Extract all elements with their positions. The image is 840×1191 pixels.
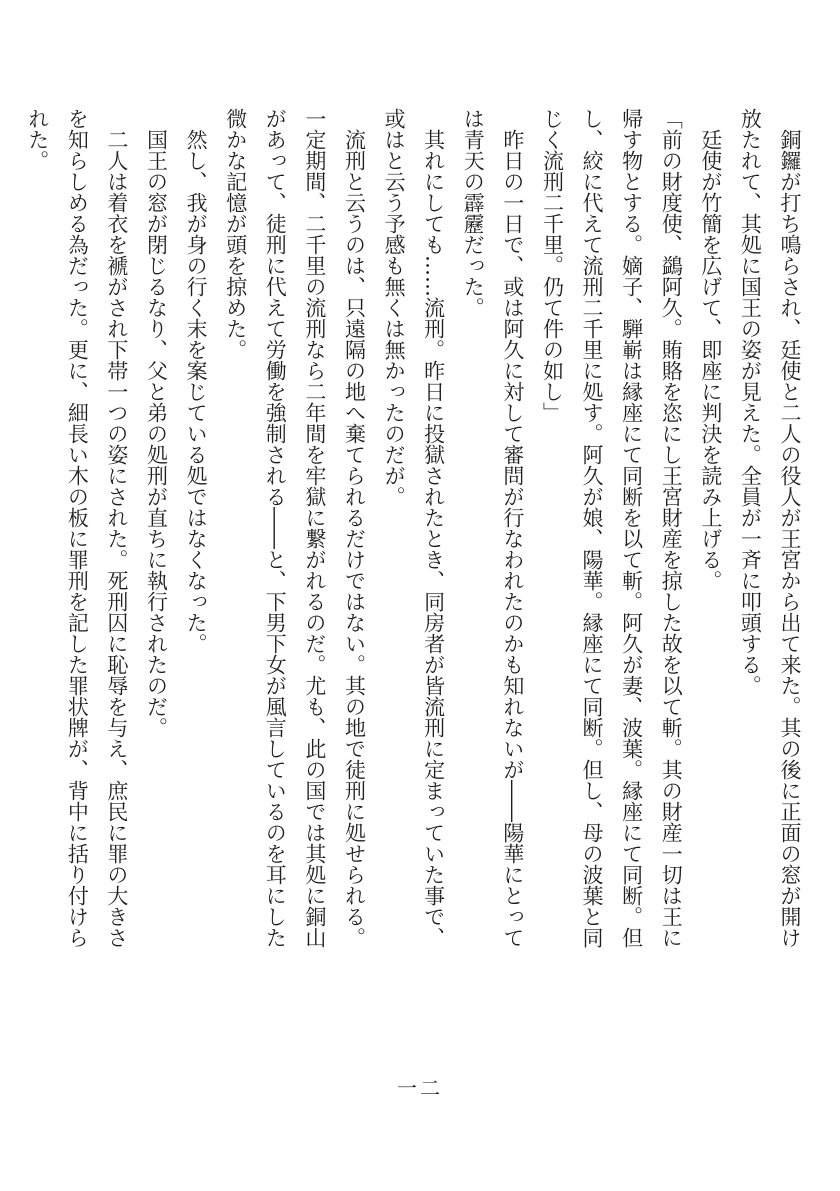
text-column: 一定期間、二千里の流刑なら二年間を牢獄に繋がれるのだ。尤も、此の国では其処に銅山: [294, 108, 334, 954]
text-column: 昨日の一日で、或は阿久に対して審問が行なわれたのかも知れないが――陽華にとって: [492, 108, 532, 954]
text-column: 放たれて、其処に国王の姿が見えた。全員が一斉に叩頭する。: [730, 108, 770, 954]
text-column: 二人は着衣を褫がされ下帯一つの姿にされた。死刑囚に恥辱を与え、庶民に罪の大きさ: [96, 108, 136, 954]
page-number: 一二: [397, 1072, 443, 1101]
text-column: し、絞に代えて流刑二千里に処す。阿久が娘、陽華。縁座にて同断。但し、母の波葉と同: [571, 108, 611, 954]
vertical-text-block: 銅鑼が打ち鳴らされ、廷使と二人の役人が王宮から出て来た。其の後に正面の窓が開け放…: [17, 108, 809, 954]
text-column: 流刑と云うのは、只遠隔の地へ棄てられるだけではない。其の地で徒刑に処せられる。: [334, 108, 374, 954]
text-column: 廷使が竹簡を広げて、即座に判決を読み上げる。: [690, 108, 730, 954]
novel-page: 銅鑼が打ち鳴らされ、廷使と二人の役人が王宮から出て来た。其の後に正面の窓が開け放…: [0, 0, 840, 1191]
text-column: 国王の窓が閉じるなり、父と弟の処刑が直ちに執行されたのだ。: [136, 108, 176, 954]
text-column: 銅鑼が打ち鳴らされ、廷使と二人の役人が王宮から出て来た。其の後に正面の窓が開け: [769, 108, 809, 954]
text-column: 帰す物とする。嫡子、騨嶄は縁座にて同断を以て斬。阿久が妻、波葉。縁座にて同断。但: [611, 108, 651, 954]
text-column: 微かな記憶が頭を掠めた。: [215, 108, 255, 954]
text-column: 然し、我が身の行く末を案じている処ではなくなった。: [176, 108, 216, 954]
text-column: を知らしめる為だった。更に、細長い木の板に罪刑を記した罪状牌が、背中に括り付けら: [57, 108, 97, 954]
text-column: 其れにしても……流刑。昨日に投獄されたとき、同房者が皆流刑に定まっていた事で、: [413, 108, 453, 954]
text-column: があって、徒刑に代えて労働を強制される――と、下男下女が風言しているのを耳にした: [255, 108, 295, 954]
text-column: じく流刑二千里。仍て件の如し」: [532, 108, 572, 954]
text-column: は青天の霹靂だった。: [453, 108, 493, 954]
text-column: 「前の財度使、鷁阿久。賄賂を恣にし王宮財産を掠した故を以て斬。其の財産一切は王に: [651, 108, 691, 954]
text-column: 或はと云う予感も無くは無かったのだが。: [373, 108, 413, 954]
text-column: れた。: [17, 108, 57, 954]
